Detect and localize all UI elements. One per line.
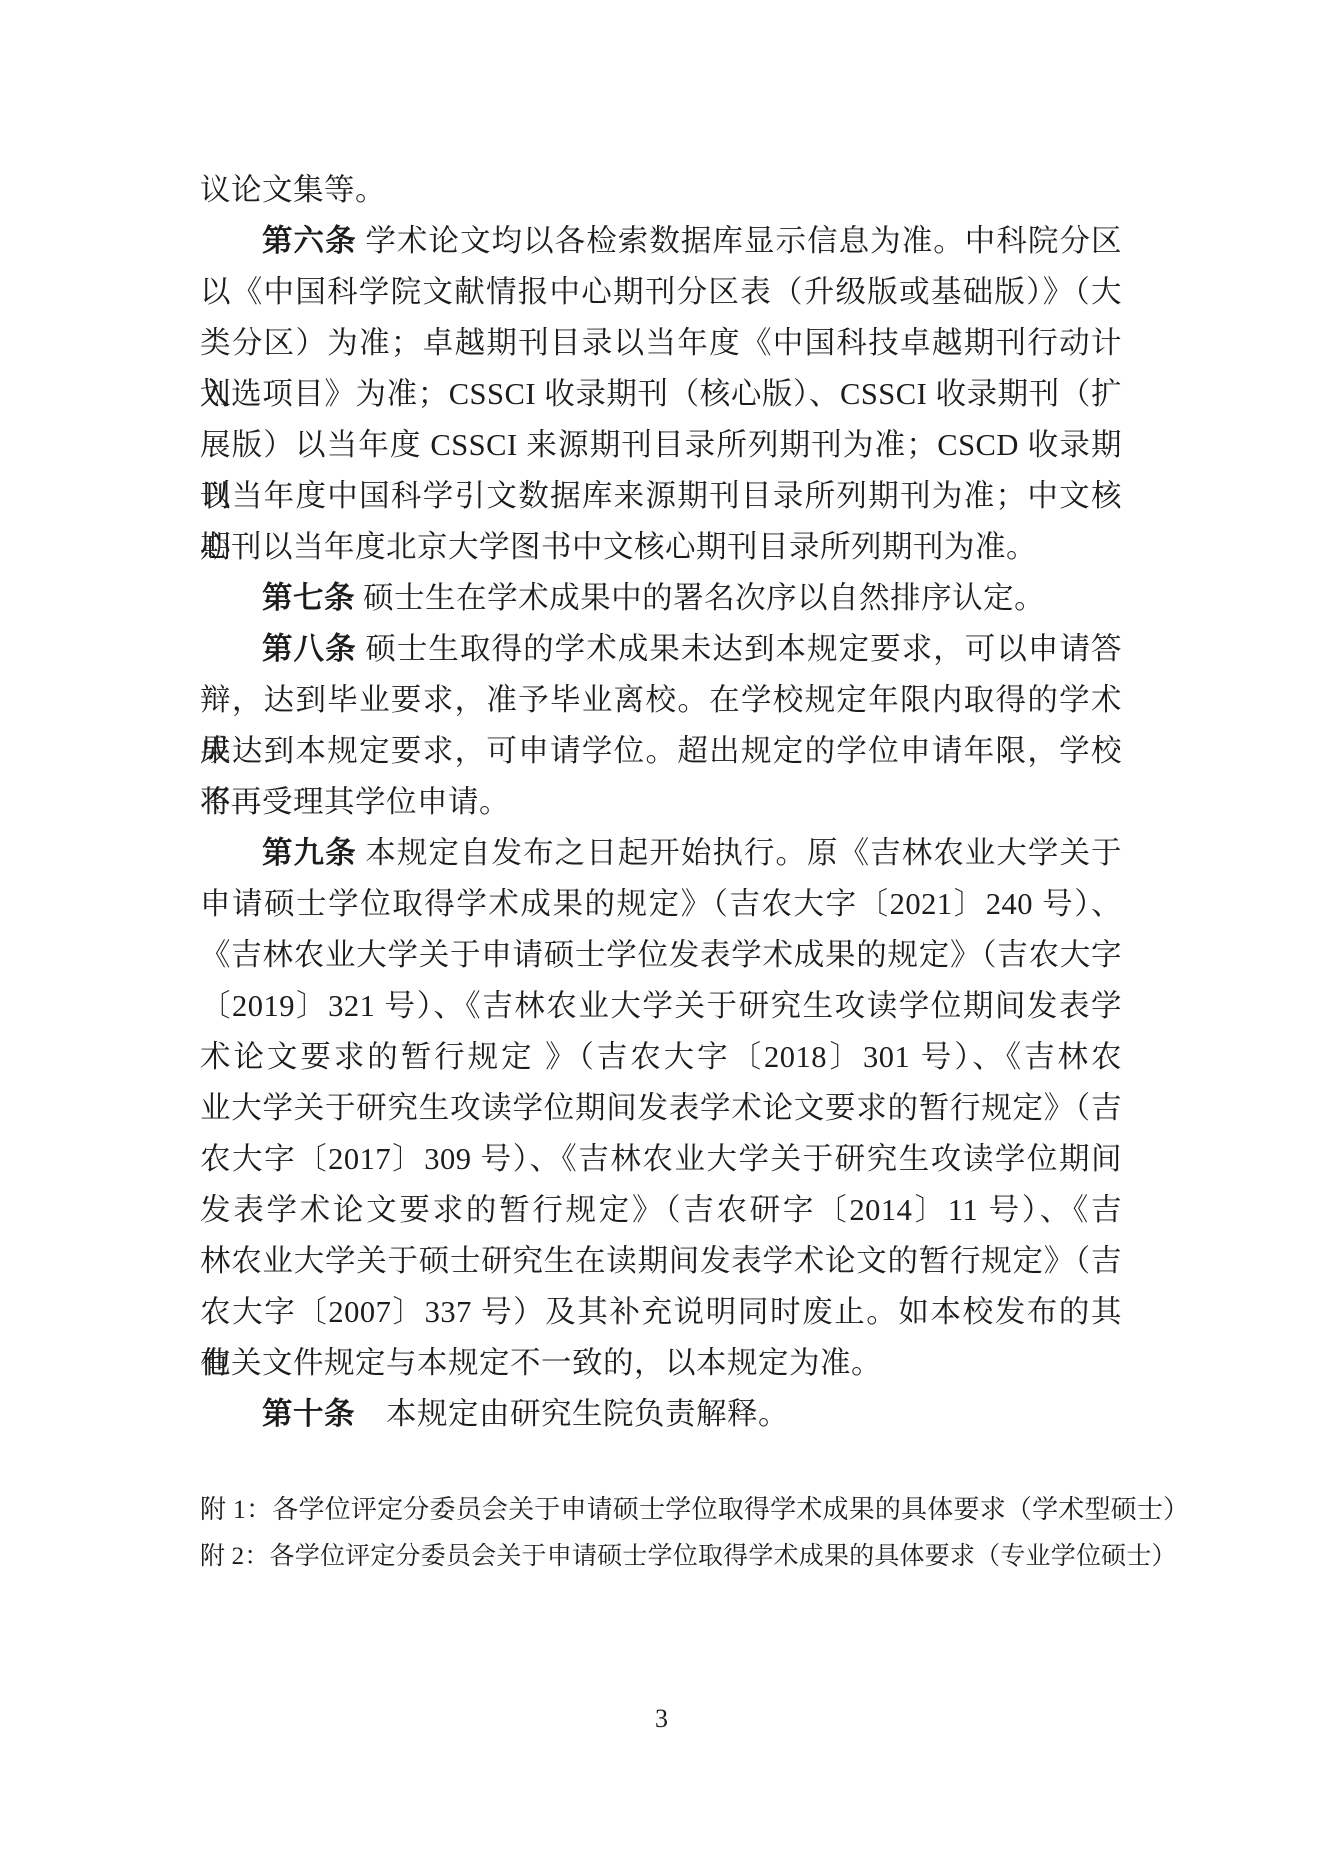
line-text: 业大学关于研究生攻读学位期间发表学术论文要求的暂行规定》（吉 [200,1091,1122,1125]
line-text: 硕士生在学术成果中的署名次序以自然排序认定。 [355,581,1045,615]
line-text: 议论文集等。 [200,173,386,207]
line-text: 《吉林农业大学关于申请硕士学位发表学术成果的规定》（吉农大字 [200,938,1122,972]
article-heading: 第八条 [262,632,357,666]
text-line: 农大字〔2007〕337 号）及其补充说明同时废止。如本校发布的其他 [200,1287,1122,1338]
text-line: 辩，达到毕业要求，准予毕业离校。在学校规定年限内取得的学术成 [200,675,1122,726]
text-line: 第七条 硕士生在学术成果中的署名次序以自然排序认定。 [200,573,1122,624]
line-text: 林农业大学关于硕士研究生在读期间发表学术论文的暂行规定》（吉 [200,1244,1122,1278]
text-line: 发表学术论文要求的暂行规定》（吉农研字〔2014〕11 号）、《吉 [200,1185,1122,1236]
line-text: 申请硕士学位取得学术成果的规定》（吉农大字〔2021〕240 号）、 [200,887,1122,921]
text-line: 有关文件规定与本规定不一致的，以本规定为准。 [200,1338,1122,1389]
line-text: 不再受理其学位申请。 [200,785,510,819]
line-text: 发表学术论文要求的暂行规定》（吉农研字〔2014〕11 号）、《吉 [200,1193,1122,1227]
text-line: 第十条 本规定由研究生院负责解释。 [200,1389,1122,1440]
text-line: 〔2019〕321 号）、《吉林农业大学关于研究生攻读学位期间发表学 [200,981,1122,1032]
line-text: 硕士生取得的学术成果未达到本规定要求，可以申请答 [357,632,1122,666]
text-line: 《吉林农业大学关于申请硕士学位发表学术成果的规定》（吉农大字 [200,930,1122,981]
text-line: 果达到本规定要求，可申请学位。超出规定的学位申请年限，学校将 [200,726,1122,777]
text-line: 林农业大学关于硕士研究生在读期间发表学术论文的暂行规定》（吉 [200,1236,1122,1287]
text-line: 期刊以当年度北京大学图书中文核心期刊目录所列期刊为准。 [200,522,1122,573]
article-heading: 第十条 [262,1397,355,1431]
article-heading: 第九条 [262,836,357,870]
text-line: 第八条 硕士生取得的学术成果未达到本规定要求，可以申请答 [200,624,1122,675]
text-line: 入选项目》为准；CSSCI 收录期刊（核心版）、CSSCI 收录期刊（扩 [200,369,1122,420]
article-heading: 第七条 [262,581,355,615]
line-text: 本规定自发布之日起开始执行。原《吉林农业大学关于 [357,836,1122,870]
text-line: 业大学关于研究生攻读学位期间发表学术论文要求的暂行规定》（吉 [200,1083,1122,1134]
text-line: 议论文集等。 [200,165,1122,216]
attachment-line: 附 2：各学位评定分委员会关于申请硕士学位取得学术成果的具体要求（专业学位硕士） [200,1533,1200,1580]
text-line: 以《中国科学院文献情报中心期刊分区表（升级版或基础版）》（大 [200,267,1122,318]
line-text: 入选项目》为准；CSSCI 收录期刊（核心版）、CSSCI 收录期刊（扩 [200,377,1122,411]
attachment-list: 附 1：各学位评定分委员会关于申请硕士学位取得学术成果的具体要求（学术型硕士）附… [200,1486,1200,1580]
text-line: 展版）以当年度 CSSCI 来源期刊目录所列期刊为准；CSCD 收录期刊 [200,420,1122,471]
line-text: 术论文要求的暂行规定 》（吉农大字〔2018〕301 号）、《吉林农 [200,1040,1122,1074]
text-line: 第六条 学术论文均以各检索数据库显示信息为准。中科院分区 [200,216,1122,267]
page-number: 3 [0,1702,1323,1736]
document-page: 议论文集等。第六条 学术论文均以各检索数据库显示信息为准。中科院分区以《中国科学… [0,0,1323,1871]
line-text: 期刊以当年度北京大学图书中文核心期刊目录所列期刊为准。 [200,530,1037,564]
line-text: 农大字〔2017〕309 号）、《吉林农业大学关于研究生攻读学位期间 [200,1142,1122,1176]
line-text: 以《中国科学院文献情报中心期刊分区表（升级版或基础版）》（大 [200,275,1122,309]
line-text: 〔2019〕321 号）、《吉林农业大学关于研究生攻读学位期间发表学 [200,989,1122,1023]
document-body: 议论文集等。第六条 学术论文均以各检索数据库显示信息为准。中科院分区以《中国科学… [200,165,1122,1440]
line-text: 本规定由研究生院负责解释。 [355,1397,789,1431]
line-text: 有关文件规定与本规定不一致的，以本规定为准。 [200,1346,882,1380]
text-line: 以当年度中国科学引文数据库来源期刊目录所列期刊为准；中文核心 [200,471,1122,522]
text-line: 农大字〔2017〕309 号）、《吉林农业大学关于研究生攻读学位期间 [200,1134,1122,1185]
line-text: 学术论文均以各检索数据库显示信息为准。中科院分区 [357,224,1122,258]
article-heading: 第六条 [262,224,357,258]
text-line: 第九条 本规定自发布之日起开始执行。原《吉林农业大学关于 [200,828,1122,879]
text-line: 不再受理其学位申请。 [200,777,1122,828]
text-line: 类分区）为准；卓越期刊目录以当年度《中国科技卓越期刊行动计划 [200,318,1122,369]
attachment-line: 附 1：各学位评定分委员会关于申请硕士学位取得学术成果的具体要求（学术型硕士） [200,1486,1200,1533]
text-line: 申请硕士学位取得学术成果的规定》（吉农大字〔2021〕240 号）、 [200,879,1122,930]
text-line: 术论文要求的暂行规定 》（吉农大字〔2018〕301 号）、《吉林农 [200,1032,1122,1083]
